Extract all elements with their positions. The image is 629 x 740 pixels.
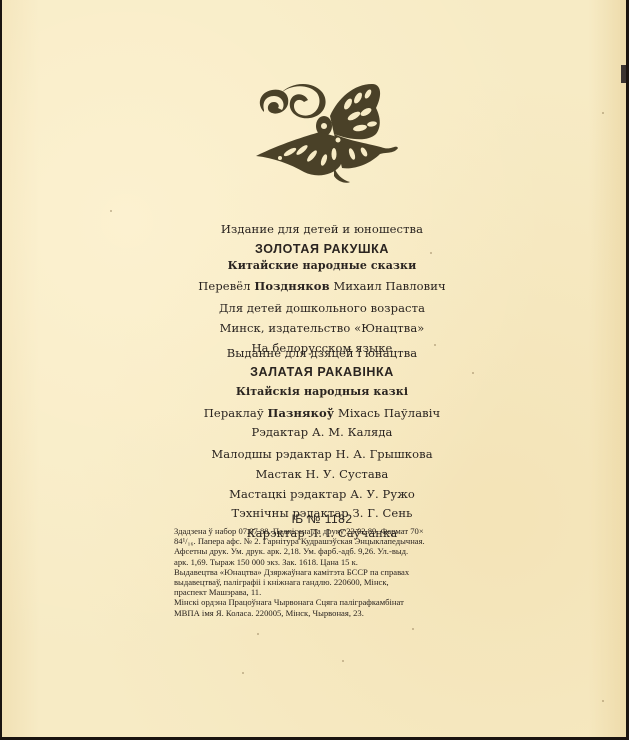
imprint-line: выдавецтваў, паліграфіі і кніжнага гандл… xyxy=(174,577,480,587)
ru-audience: Издание для детей и юношества xyxy=(152,220,492,239)
colophon-page: Издание для детей и юношества ЗОЛОТАЯ РА… xyxy=(2,0,626,737)
ru-subtitle: Китайские народные сказки xyxy=(152,258,492,274)
imprint-line: Здадзена ў набор 07.07.88. Падпісана да … xyxy=(174,526,480,536)
be-title: ЗАЛАТАЯ РАКАВІНКА xyxy=(152,364,492,381)
be-subtitle: Кітайскія народныя казкі xyxy=(152,384,492,400)
paper-speck xyxy=(257,633,259,635)
be-translator-prefix: Пераклаў xyxy=(204,406,264,420)
be-audience: Выданне для дзяцей і юнацтва xyxy=(152,344,492,363)
be-credit-editor: Рэдактар А. М. Каляда xyxy=(152,423,492,442)
ru-translator: Перевёл Поздняков Михаил Павлович xyxy=(152,277,492,296)
imprint-line: 84¹/₁₆. Папера афс. № 2. Гарнітура Кудра… xyxy=(174,536,480,546)
ib-number: ІБ № 1182 xyxy=(152,512,492,526)
be-credit-art-editor: Мастацкі рэдактар А. У. Ружо xyxy=(152,485,492,504)
colophon-russian: Издание для детей и юношества ЗОЛОТАЯ РА… xyxy=(152,220,492,358)
paper-speck xyxy=(602,700,604,702)
be-translator: Пераклаў Пазнякоў Міхась Паўлавіч xyxy=(152,404,492,423)
paper-speck xyxy=(342,660,344,662)
ru-translator-prefix: Перевёл xyxy=(198,279,250,293)
imprint-line: Мінскі ордэна Працоўнага Чырвонага Сцяга… xyxy=(174,597,480,607)
butterfly-ornament-icon xyxy=(250,82,398,186)
be-credit-junior-editor: Малодшы рэдактар Н. А. Грышкова xyxy=(152,445,492,464)
imprint-line: Выдавецтва «Юнацтва» Дзяржаўнага камітэт… xyxy=(174,567,480,577)
imprint-line: арк. 1,69. Тыраж 150 000 экз. Зак. 1618.… xyxy=(174,557,480,567)
imprint-details: Здадзена ў набор 07.07.88. Падпісана да … xyxy=(174,526,480,618)
imprint-line: Афсетны друк. Ум. друк. арк. 2,18. Ум. ф… xyxy=(174,546,480,556)
paper-speck xyxy=(242,672,244,674)
ru-translator-surname: Поздняков xyxy=(254,279,329,293)
ru-title: ЗОЛОТАЯ РАКУШКА xyxy=(152,241,492,258)
paper-speck xyxy=(412,628,414,630)
be-translator-surname: Пазнякоў xyxy=(268,406,335,420)
be-translator-name: Міхась Паўлавіч xyxy=(338,406,440,420)
ru-translator-name: Михаил Павлович xyxy=(333,279,445,293)
imprint-line: праспект Машэрава, 11. xyxy=(174,587,480,597)
ru-age-group: Для детей дошкольного возраста xyxy=(152,299,492,318)
paper-speck xyxy=(602,112,604,114)
imprint-line: МВПА імя Я. Коласа. 220005, Мінск, Чырво… xyxy=(174,608,480,618)
be-credit-artist: Мастак Н. У. Сустава xyxy=(152,465,492,484)
paper-speck xyxy=(110,210,112,212)
ru-publisher: Минск, издательство «Юнацтва» xyxy=(152,319,492,338)
page-edge-mark xyxy=(621,65,626,83)
